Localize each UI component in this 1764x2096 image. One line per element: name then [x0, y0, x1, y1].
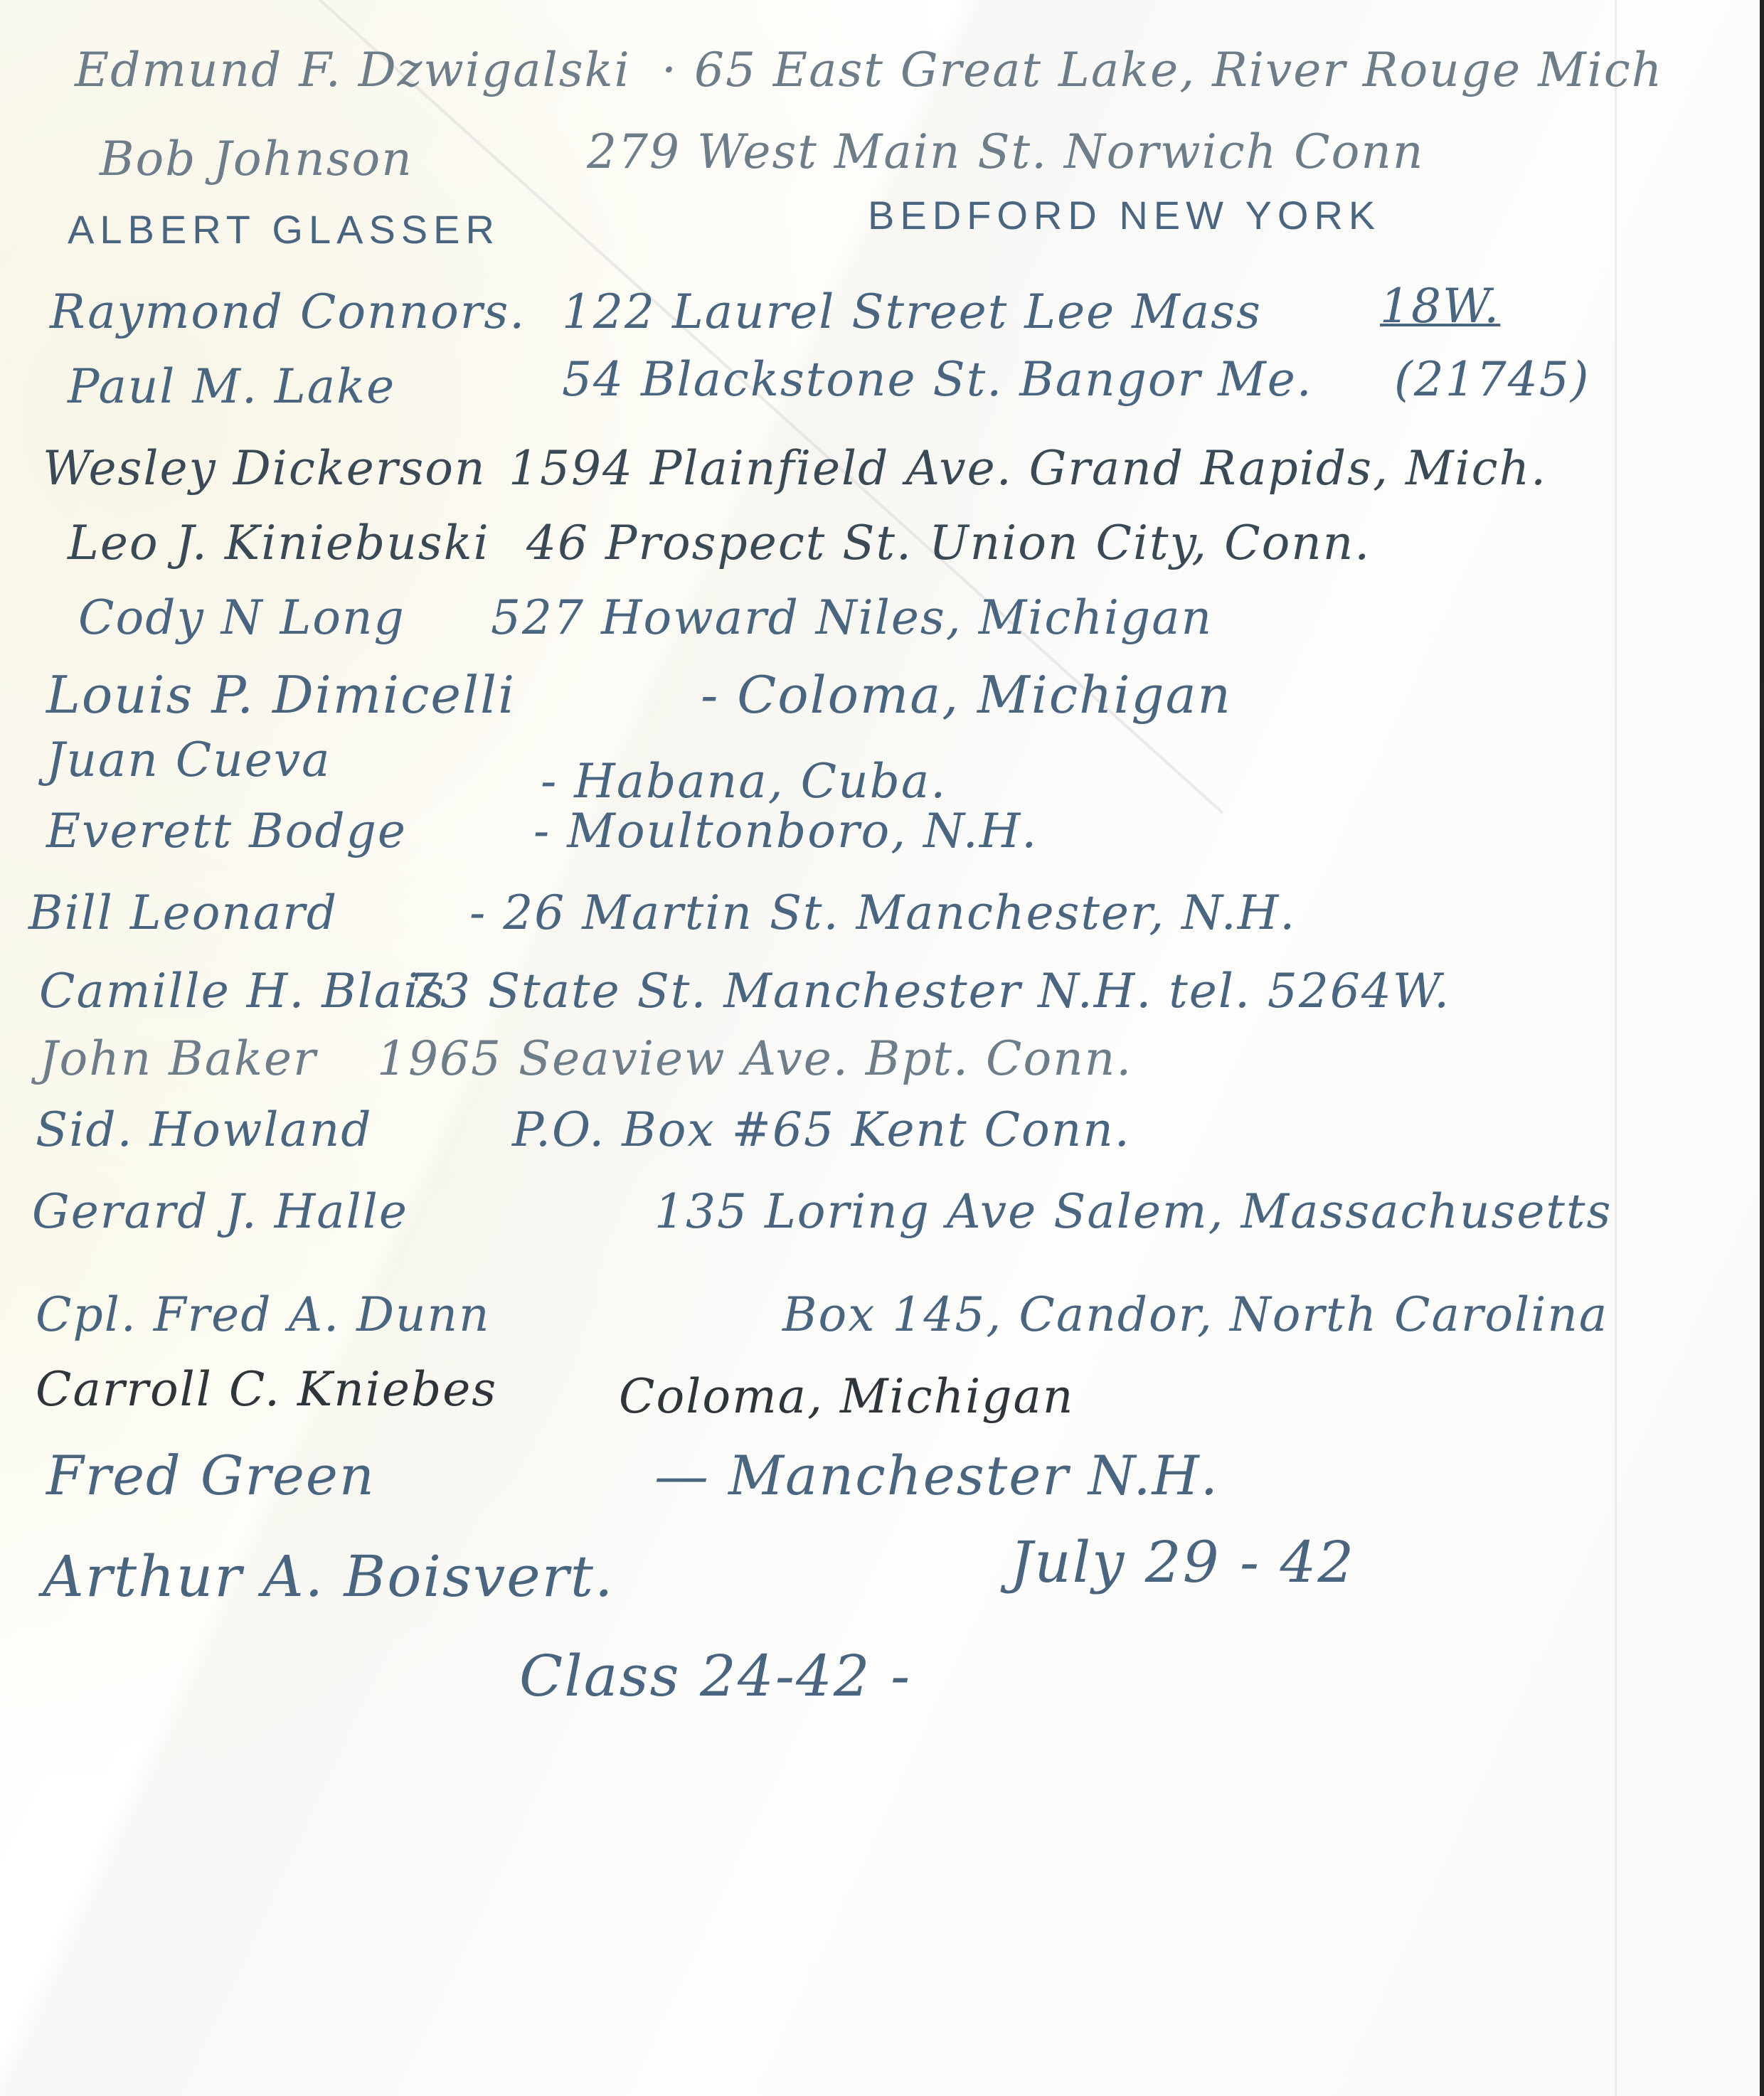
entry-address: · 65 East Great Lake, River Rouge Mich: [661, 43, 1663, 97]
entry-name: Camille H. Blais: [39, 964, 445, 1018]
class-label: Class 24-42 -: [519, 1643, 911, 1709]
entry-address: - 26 Martin St. Manchester, N.H.: [469, 885, 1296, 940]
list-item: Camille H. Blais 73 State St. Manchester…: [0, 964, 1760, 1042]
list-item: Cpl. Fred A. Dunn Box 145, Candor, North…: [0, 1287, 1760, 1366]
entry-name: Fred Green: [46, 1444, 376, 1507]
scan-edge: [1760, 0, 1764, 2096]
class-footer: Class 24-42 -: [0, 1643, 1760, 1721]
entry-address: 527 Howard Niles, Michigan: [491, 590, 1213, 645]
list-item: Bob Johnson 279 West Main St. Norwich Co…: [0, 124, 1760, 203]
entry-address: 46 Prospect St. Union City, Conn.: [526, 516, 1371, 570]
entry-date: July 29 - 42: [1010, 1529, 1355, 1595]
entry-name: Everett Bodge: [46, 804, 407, 858]
list-item: Bill Leonard - 26 Martin St. Manchester,…: [0, 885, 1760, 964]
entry-address: 54 Blackstone St. Bangor Me.: [562, 352, 1313, 407]
entry-address: 135 Loring Ave Salem, Massachusetts: [654, 1184, 1612, 1239]
entry-address: 1594 Plainfield Ave. Grand Rapids, Mich.: [509, 441, 1547, 496]
entry-name: Raymond Connors.: [50, 284, 526, 339]
entry-name: Arthur A. Boisvert.: [43, 1543, 614, 1610]
list-item: Gerard J. Halle 135 Loring Ave Salem, Ma…: [0, 1184, 1760, 1262]
entry-address: — Manchester N.H.: [654, 1444, 1219, 1507]
list-item: John Baker 1965 Seaview Ave. Bpt. Conn.: [0, 1031, 1760, 1110]
entry-note: (21745): [1394, 352, 1590, 407]
list-item: Paul M. Lake 54 Blackstone St. Bangor Me…: [0, 352, 1760, 430]
list-item: Raymond Connors. 122 Laurel Street Lee M…: [0, 284, 1760, 363]
entry-name: Bill Leonard: [28, 885, 338, 940]
entry-address: 1965 Seaview Ave. Bpt. Conn.: [377, 1031, 1132, 1086]
list-item: Leo J. Kiniebuski 46 Prospect St. Union …: [0, 516, 1760, 594]
list-item: Everett Bodge - Moultonboro, N.H.: [0, 804, 1760, 882]
entry-name: Sid. Howland: [36, 1102, 373, 1157]
entry-address: Box 145, Candor, North Carolina: [782, 1287, 1608, 1342]
entry-address: 279 West Main St. Norwich Conn: [587, 124, 1424, 179]
entry-address: - Moultonboro, N.H.: [533, 804, 1038, 858]
entry-address: 122 Laurel Street Lee Mass: [562, 284, 1262, 339]
entry-name: John Baker: [39, 1031, 317, 1086]
entry-name: Gerard J. Halle: [32, 1184, 408, 1239]
list-item: Fred Green — Manchester N.H.: [0, 1444, 1760, 1522]
entry-address: Coloma, Michigan: [619, 1369, 1074, 1424]
entry-address: P.O. Box #65 Kent Conn.: [512, 1102, 1131, 1157]
list-item: ALBERT GLASSER BEDFORD NEW YORK: [0, 199, 1760, 277]
entry-address: BEDFORD NEW YORK: [868, 192, 1381, 238]
list-item: Juan Cueva - Habana, Cuba.: [0, 733, 1760, 811]
entry-name: Edmund F. Dzwigalski: [75, 43, 631, 97]
list-item: Edmund F. Dzwigalski · 65 East Great Lak…: [0, 43, 1760, 121]
entry-name: Wesley Dickerson: [43, 441, 487, 496]
entry-name: Cody N Long: [78, 590, 405, 645]
list-item: Arthur A. Boisvert. July 29 - 42: [0, 1543, 1760, 1622]
entry-name: Juan Cueva: [46, 733, 331, 787]
entry-name: Cpl. Fred A. Dunn: [36, 1287, 491, 1342]
list-item: Sid. Howland P.O. Box #65 Kent Conn.: [0, 1102, 1760, 1181]
list-item: Carroll C. Kniebes Coloma, Michigan: [0, 1362, 1760, 1440]
list-item: Cody N Long 527 Howard Niles, Michigan: [0, 590, 1760, 669]
entry-name: Carroll C. Kniebes: [36, 1362, 497, 1417]
list-item: Wesley Dickerson 1594 Plainfield Ave. Gr…: [0, 441, 1760, 519]
entry-address: - Coloma, Michigan: [701, 665, 1232, 725]
entry-name: ALBERT GLASSER: [68, 206, 500, 252]
entry-name: Leo J. Kiniebuski: [68, 516, 490, 570]
entry-name: Louis P. Dimicelli: [46, 665, 516, 725]
entry-address: 73 State St. Manchester N.H. tel. 5264W.: [409, 964, 1450, 1018]
entry-name: Bob Johnson: [100, 132, 413, 186]
entry-note: 18W.: [1380, 279, 1500, 334]
list-item: Louis P. Dimicelli - Coloma, Michigan: [0, 665, 1760, 743]
entry-address: - Habana, Cuba.: [541, 754, 947, 809]
entry-name: Paul M. Lake: [68, 359, 395, 414]
